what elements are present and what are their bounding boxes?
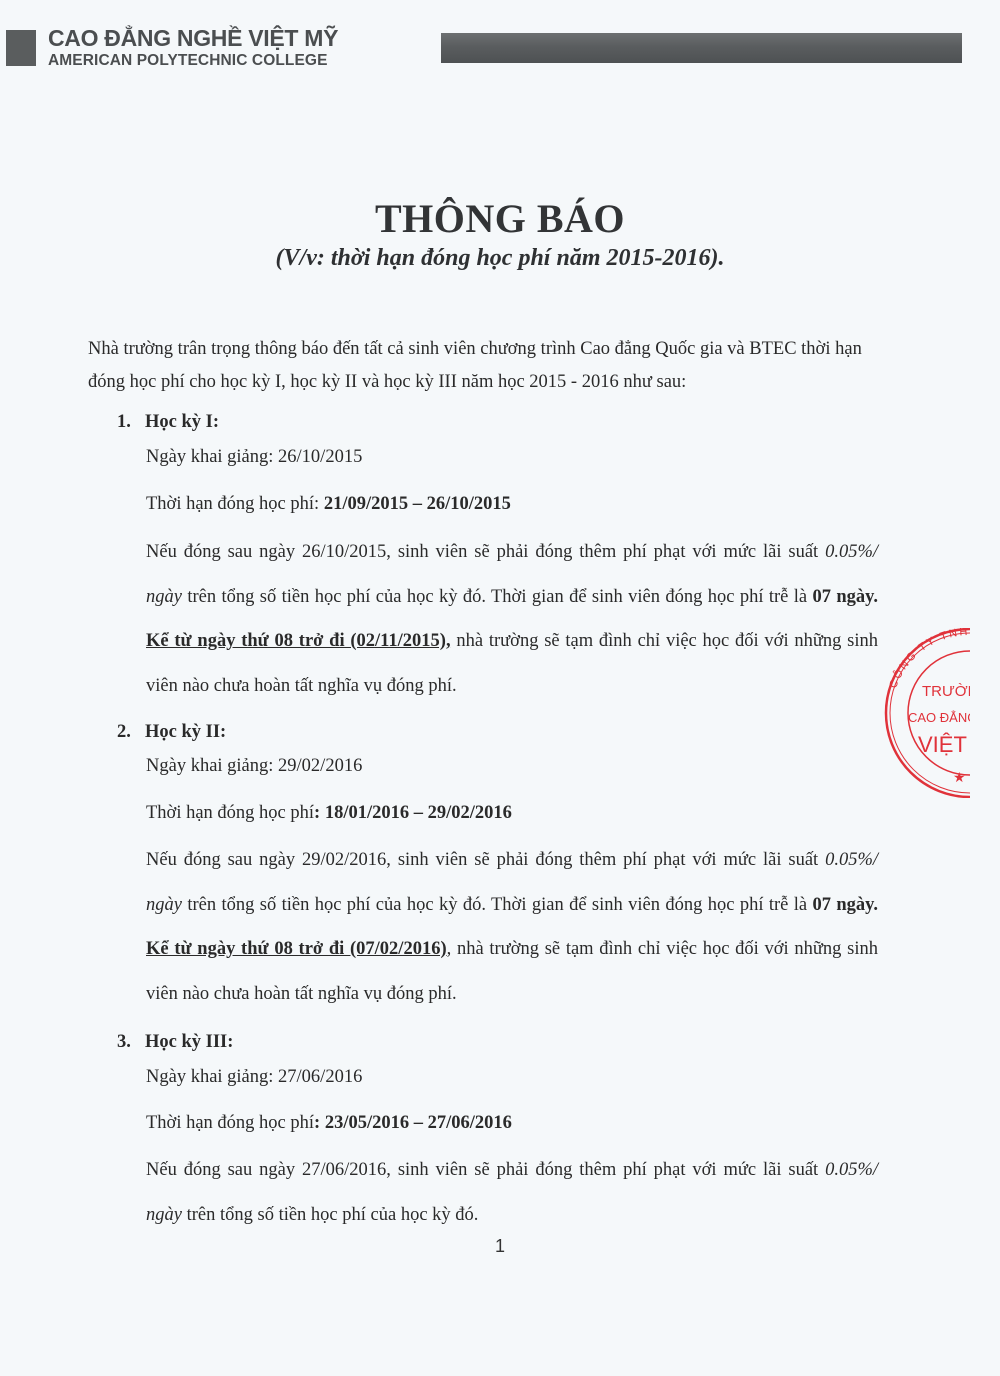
deadline-label: Thời hạn đóng học phí: [146, 1113, 314, 1133]
late-fee-paragraph: Nếu đóng sau ngày 26/10/2015, sinh viên …: [146, 530, 878, 708]
start-date-line: Ngày khai giảng: 27/06/2016: [146, 1067, 362, 1088]
stamp-seal-icon: CÔNG TY TNHH TỔ CHỨC TRƯỜNG CAO ĐẲNG VIỆ…: [870, 628, 970, 798]
start-date-value: 26/10/2015: [278, 447, 362, 467]
late-fee-tail: trên tổng số tiền học phí của học kỳ đó.…: [182, 587, 813, 607]
suspension-notice: Kể từ ngày thứ 08 trở đi (02/11/2015),: [146, 631, 451, 651]
suspension-notice: Kể từ ngày thứ 08 trở đi (07/02/2016): [146, 939, 447, 959]
header-logo-block: [6, 30, 36, 66]
stamp-ring-text: CÔNG TY TNHH TỔ CHỨC: [887, 628, 970, 690]
deadline-line: Thời hạn đóng học phí: 21/09/2015 – 26/1…: [146, 494, 511, 515]
section-heading: 3.Học kỳ III:: [117, 1032, 233, 1053]
start-date-label: Ngày khai giảng:: [146, 447, 278, 467]
grace-period: 07 ngày.: [812, 587, 878, 607]
start-date-label: Ngày khai giảng:: [146, 756, 278, 776]
intro-paragraph: Nhà trường trân trọng thông báo đến tất …: [88, 333, 888, 399]
stamp-line-1: TRƯỜNG: [922, 683, 970, 700]
start-date-label: Ngày khai giảng:: [146, 1067, 278, 1087]
svg-text:★: ★: [953, 770, 966, 786]
page-number: 1: [0, 1236, 1000, 1257]
start-date-value: 29/02/2016: [278, 756, 362, 776]
start-date-line: Ngày khai giảng: 29/02/2016: [146, 756, 362, 777]
late-fee-intro: Nếu đóng sau ngày 26/10/2015, sinh viên …: [146, 542, 825, 562]
section-title: Học kỳ II:: [145, 722, 226, 742]
official-stamp: CÔNG TY TNHH TỔ CHỨC TRƯỜNG CAO ĐẲNG VIỆ…: [870, 628, 970, 798]
deadline-label: Thời hạn đóng học phí:: [146, 494, 324, 514]
section-number: 1.: [117, 412, 145, 433]
late-fee-intro: Nếu đóng sau ngày 27/06/2016, sinh viên …: [146, 1160, 825, 1180]
start-date-line: Ngày khai giảng: 26/10/2015: [146, 447, 362, 468]
grace-period: 07 ngày.: [812, 895, 878, 915]
school-name-vi: CAO ĐẲNG NGHỀ VIỆT MỸ: [48, 27, 338, 50]
deadline-range: : 23/05/2016 – 27/06/2016: [314, 1113, 512, 1133]
late-fee-tail: trên tổng số tiền học phí của học kỳ đó.: [182, 1205, 478, 1225]
section-heading: 2.Học kỳ II:: [117, 722, 226, 743]
late-fee-intro: Nếu đóng sau ngày 29/02/2016, sinh viên …: [146, 850, 825, 870]
deadline-label: Thời hạn đóng học phí: [146, 803, 314, 823]
svg-text:CÔNG TY TNHH TỔ CHỨC: CÔNG TY TNHH TỔ CHỨC: [887, 628, 970, 690]
stamp-line-2: CAO ĐẲNG: [908, 710, 970, 725]
deadline-line: Thời hạn đóng học phí: 23/05/2016 – 27/0…: [146, 1113, 512, 1134]
section-number: 2.: [117, 722, 145, 743]
section-title: Học kỳ I:: [145, 412, 219, 432]
section-title: Học kỳ III:: [145, 1032, 233, 1052]
document-title: THÔNG BÁO: [0, 195, 1000, 242]
late-fee-paragraph: Nếu đóng sau ngày 29/02/2016, sinh viên …: [146, 838, 878, 1016]
late-fee-tail: trên tổng số tiền học phí của học kỳ đó.…: [182, 895, 813, 915]
header-bar: [441, 33, 962, 63]
stamp-line-3: VIỆT: [918, 732, 967, 757]
school-name-en: AMERICAN POLYTECHNIC COLLEGE: [48, 53, 338, 69]
start-date-value: 27/06/2016: [278, 1067, 362, 1087]
document-subtitle: (V/v: thời hạn đóng học phí năm 2015-201…: [0, 245, 1000, 272]
section-heading: 1.Học kỳ I:: [117, 412, 219, 433]
deadline-range: 21/09/2015 – 26/10/2015: [324, 494, 511, 514]
school-header: CAO ĐẲNG NGHỀ VIỆT MỸ AMERICAN POLYTECHN…: [48, 27, 338, 69]
deadline-line: Thời hạn đóng học phí: 18/01/2016 – 29/0…: [146, 803, 512, 824]
late-fee-paragraph: Nếu đóng sau ngày 27/06/2016, sinh viên …: [146, 1148, 878, 1237]
deadline-range: : 18/01/2016 – 29/02/2016: [314, 803, 512, 823]
section-number: 3.: [117, 1032, 145, 1053]
